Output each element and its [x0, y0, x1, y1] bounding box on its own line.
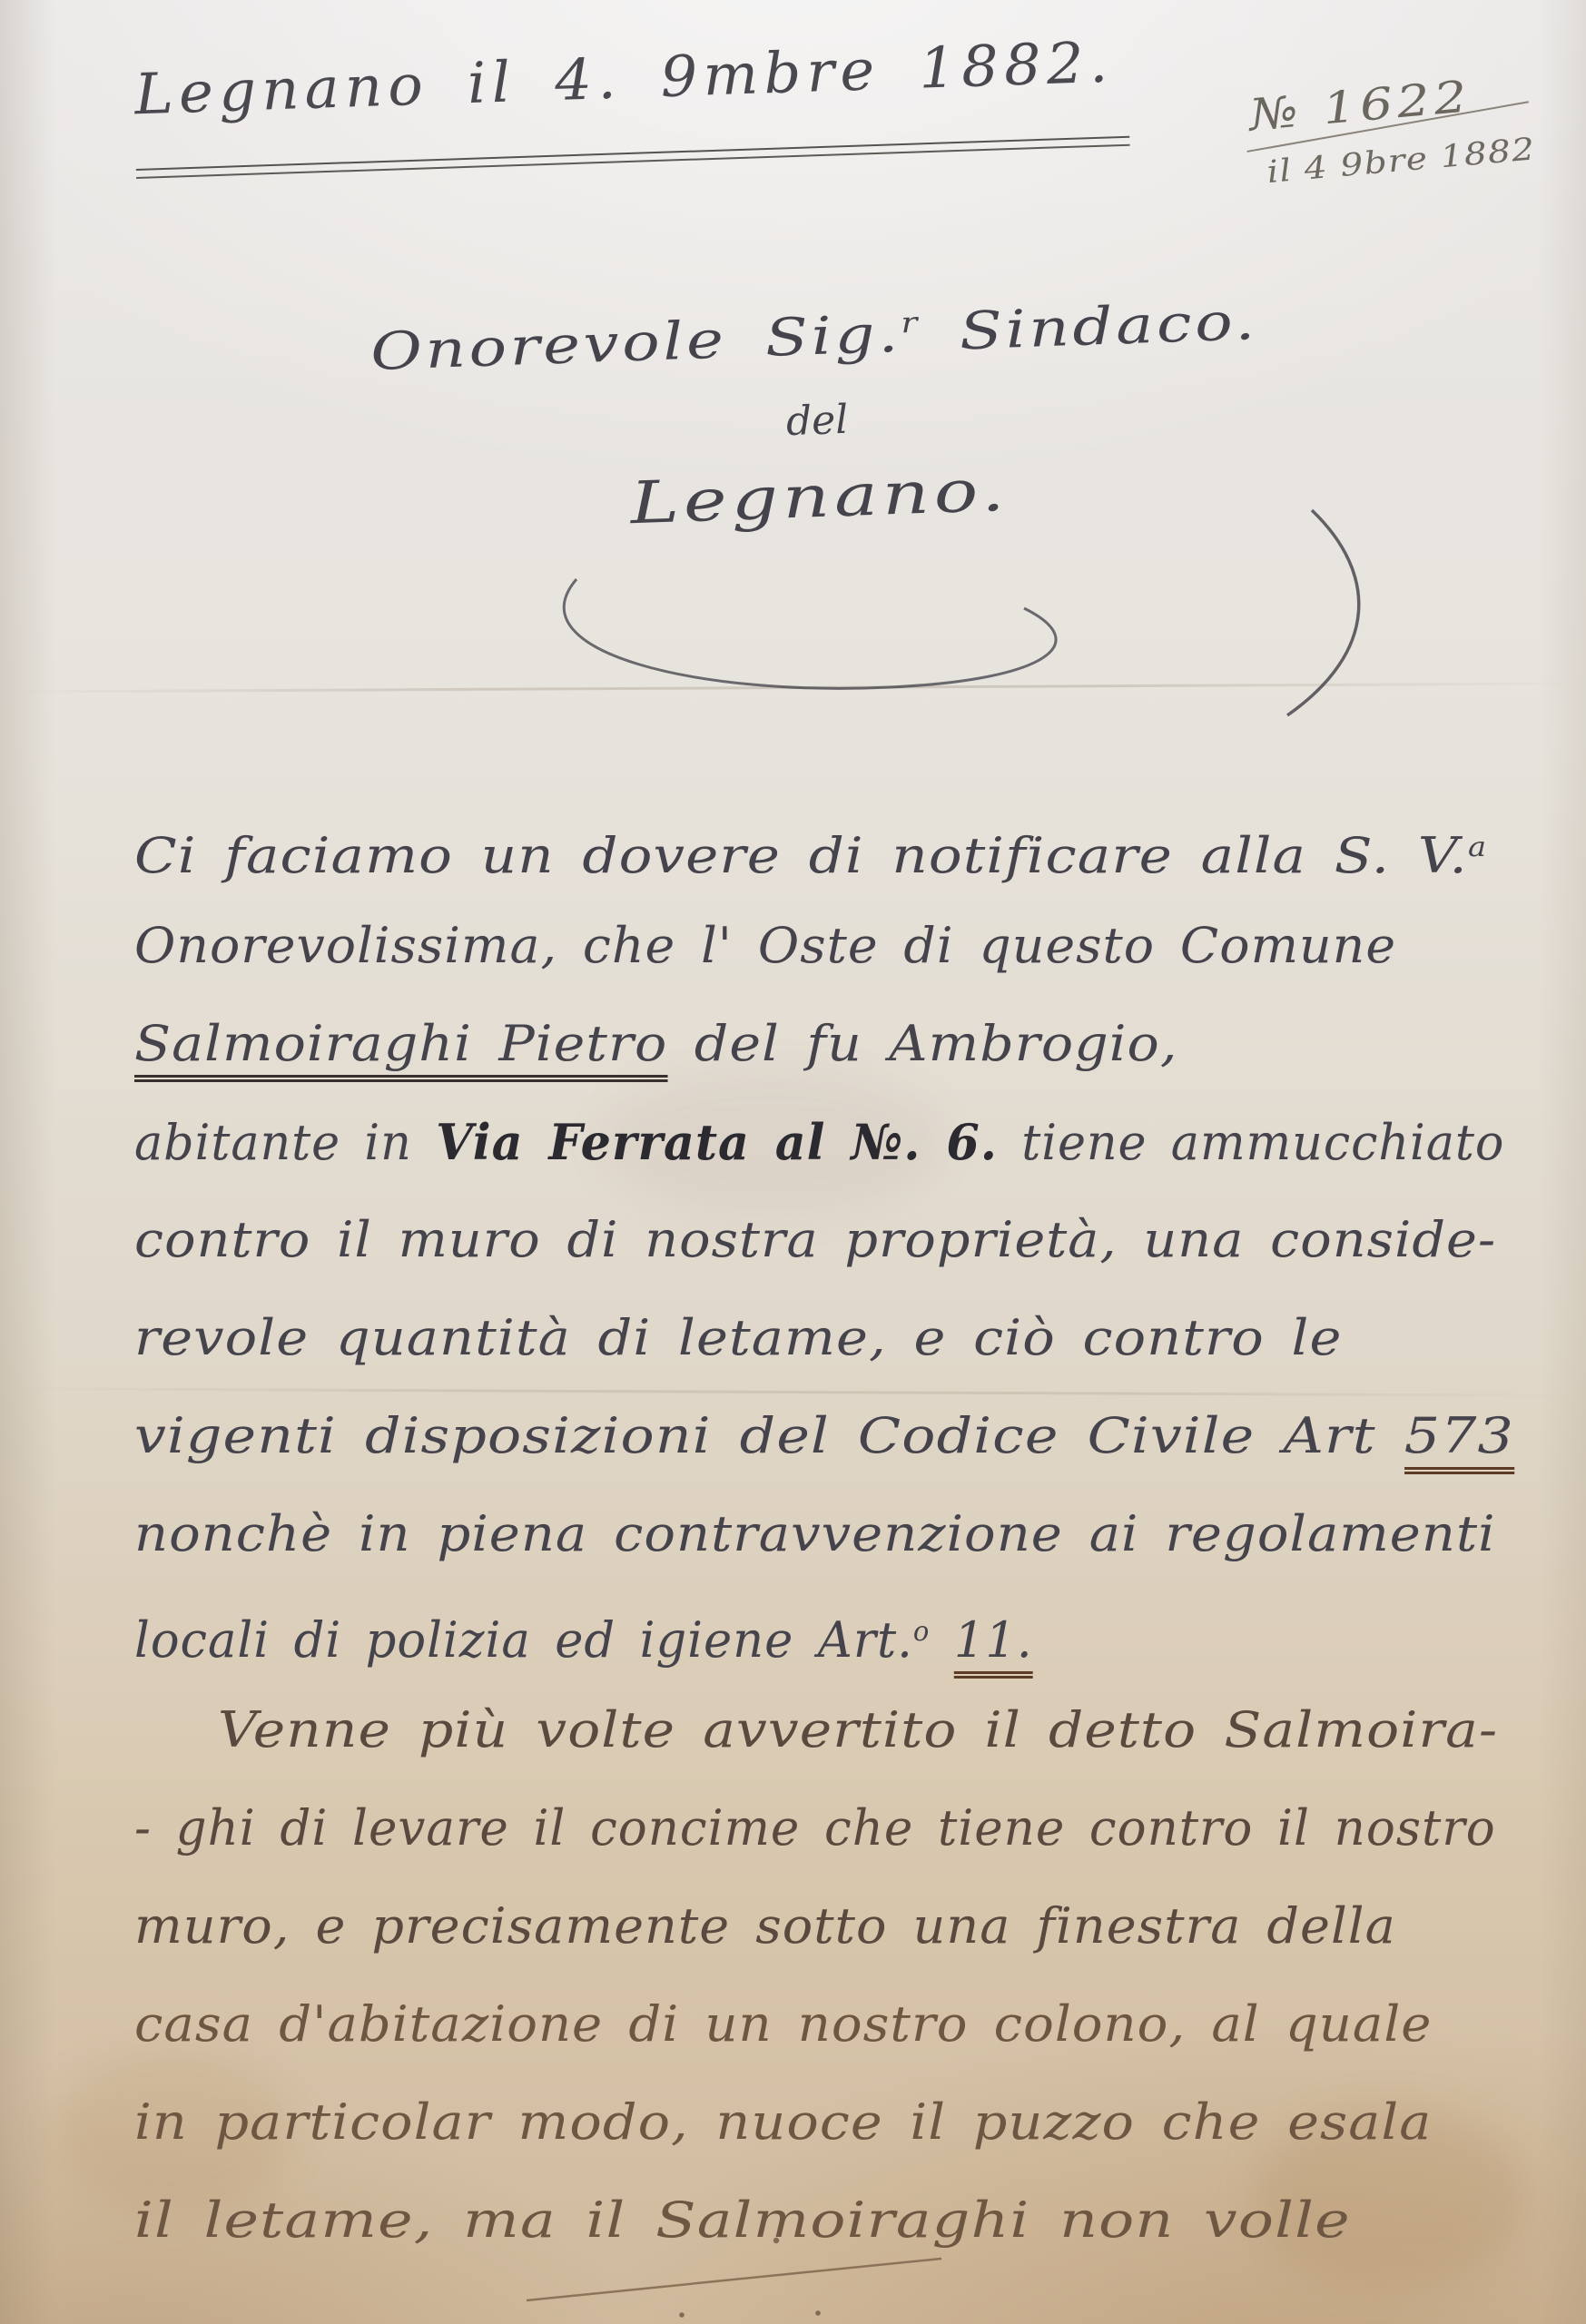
document-page: { "colors": { "paper_top": "#eae8e7", "p…	[0, 0, 1586, 2324]
header: Legnano il 4. 9mbre 1882.	[133, 30, 1084, 128]
body-line-segment: revole quantità di letame, e ciò contro …	[134, 1309, 1343, 1366]
salutation-line-1-text: Onorevole Sig.r Sindaco.	[369, 291, 1259, 382]
registry-block: № 1622 il 4 9bre 1882	[1247, 66, 1536, 192]
body-line: revole quantità di letame, e ciò contro …	[134, 1291, 1523, 1389]
dateline: Legnano il 4. 9mbre 1882.	[133, 29, 1114, 128]
body-line-segment: tiene ammucchiato	[998, 1114, 1504, 1171]
body-line-segment: abitante in	[134, 1114, 436, 1171]
body-line-segment: Art.	[818, 1611, 913, 1669]
letter-body: Ci faciamo un dovere di notificare alla …	[134, 801, 1523, 2271]
body-line-segment: Art	[1283, 1407, 1404, 1464]
body-line: Salmoiraghi Pietro del fu Ambrogio,	[134, 997, 1523, 1095]
body-line: contro il muro di nostra proprietà, una …	[134, 1193, 1523, 1291]
honorific-superscript: r	[901, 307, 921, 340]
body-line-text: muro, e precisamente sotto una finestra …	[134, 1879, 1396, 1974]
body-line-segment: Onorevolissima, che l' Oste di questo Co…	[134, 917, 1396, 974]
body-line-text: casa d'abitazione di un nostro colono, a…	[134, 1977, 1432, 2072]
body-line: casa d'abitazione di un nostro colono, a…	[134, 1977, 1523, 2075]
body-line-segment: a	[1468, 832, 1487, 863]
body-line: abitante in Via Ferrata al №. 6. tiene a…	[134, 1095, 1523, 1193]
body-line-segment: Via Ferrata al №. 6.	[436, 1113, 998, 1171]
body-line: locali di polizia ed igiene Art.o 11.	[134, 1585, 1523, 1683]
body-line-text: revole quantità di letame, e ciò contro …	[134, 1291, 1343, 1385]
body-line: Ci faciamo un dovere di notificare alla …	[134, 801, 1523, 899]
body-line-text: - ghi di levare il concime che tiene con…	[134, 1781, 1496, 1876]
body-line: vigenti disposizioni del Codice Civile A…	[134, 1389, 1523, 1487]
body-line-segment: vigenti disposizioni del Codice Civile	[134, 1407, 1283, 1464]
body-line-segment: Salmoiraghi Pietro	[134, 1015, 667, 1082]
body-line-text: abitante in Via Ferrata al №. 6. tiene a…	[134, 1095, 1504, 1190]
dateline-underline	[136, 136, 1130, 179]
body-line-text: Salmoiraghi Pietro del fu Ambrogio,	[134, 997, 1178, 1091]
body-line-segment: contro il muro di nostra proprietà, una …	[134, 1211, 1496, 1268]
body-line-text: locali di polizia ed igiene Art.o 11.	[134, 1585, 1033, 1688]
body-line-segment: Venne più volte avvertito il detto Salmo…	[218, 1701, 1498, 1758]
body-line-segment: casa d'abitazione di un nostro colono, a…	[134, 1995, 1432, 2053]
salutation-line-1: Onorevole Sig.r Sindaco.	[287, 289, 1342, 385]
body-line-segment: Ci faciamo un dovere di notificare alla …	[134, 827, 1468, 884]
body-line-segment: nonchè in piena contravvenzione ai regol…	[134, 1505, 1496, 1562]
salutation-flourish	[490, 508, 1416, 722]
body-line-text: Onorevolissima, che l' Oste di questo Co…	[134, 899, 1396, 993]
end-flourish	[504, 2233, 976, 2324]
honorific-text: Onorevole Sig.	[369, 304, 902, 382]
body-line-segment: o	[913, 1616, 930, 1648]
body-line-segment: 11.	[954, 1611, 1033, 1679]
body-line: Onorevolissima, che l' Oste di questo Co…	[134, 899, 1523, 997]
body-line-text: vigenti disposizioni del Codice Civile A…	[134, 1389, 1514, 1483]
body-line: - ghi di levare il concime che tiene con…	[134, 1781, 1523, 1879]
body-line-segment: muro, e precisamente sotto una finestra …	[134, 1897, 1396, 1955]
body-line-segment	[930, 1611, 954, 1669]
body-line-segment: in particolar modo, nuoce il puzzo che e…	[134, 2093, 1432, 2151]
body-line: muro, e precisamente sotto una finestra …	[134, 1879, 1523, 1977]
body-line-segment: - ghi di levare il concime che tiene con…	[134, 1799, 1496, 1856]
body-line-text: in particolar modo, nuoce il puzzo che e…	[134, 2075, 1432, 2170]
body-line: nonchè in piena contravvenzione ai regol…	[134, 1487, 1523, 1585]
body-line-text: Venne più volte avvertito il detto Salmo…	[218, 1683, 1498, 1777]
body-line-segment: 573	[1404, 1407, 1514, 1474]
body-line-text: contro il muro di nostra proprietà, una …	[134, 1193, 1496, 1287]
body-line: Venne più volte avvertito il detto Salmo…	[134, 1683, 1523, 1781]
body-line-text: nonchè in piena contravvenzione ai regol…	[134, 1487, 1496, 1581]
addressee-title: Sindaco.	[920, 291, 1258, 363]
body-line-text: Ci faciamo un dovere di notificare alla …	[134, 801, 1487, 903]
body-line-segment: locali di polizia ed igiene	[134, 1611, 818, 1669]
body-line-segment: del fu Ambrogio,	[667, 1015, 1177, 1072]
body-line: in particolar modo, nuoce il puzzo che e…	[134, 2075, 1523, 2173]
